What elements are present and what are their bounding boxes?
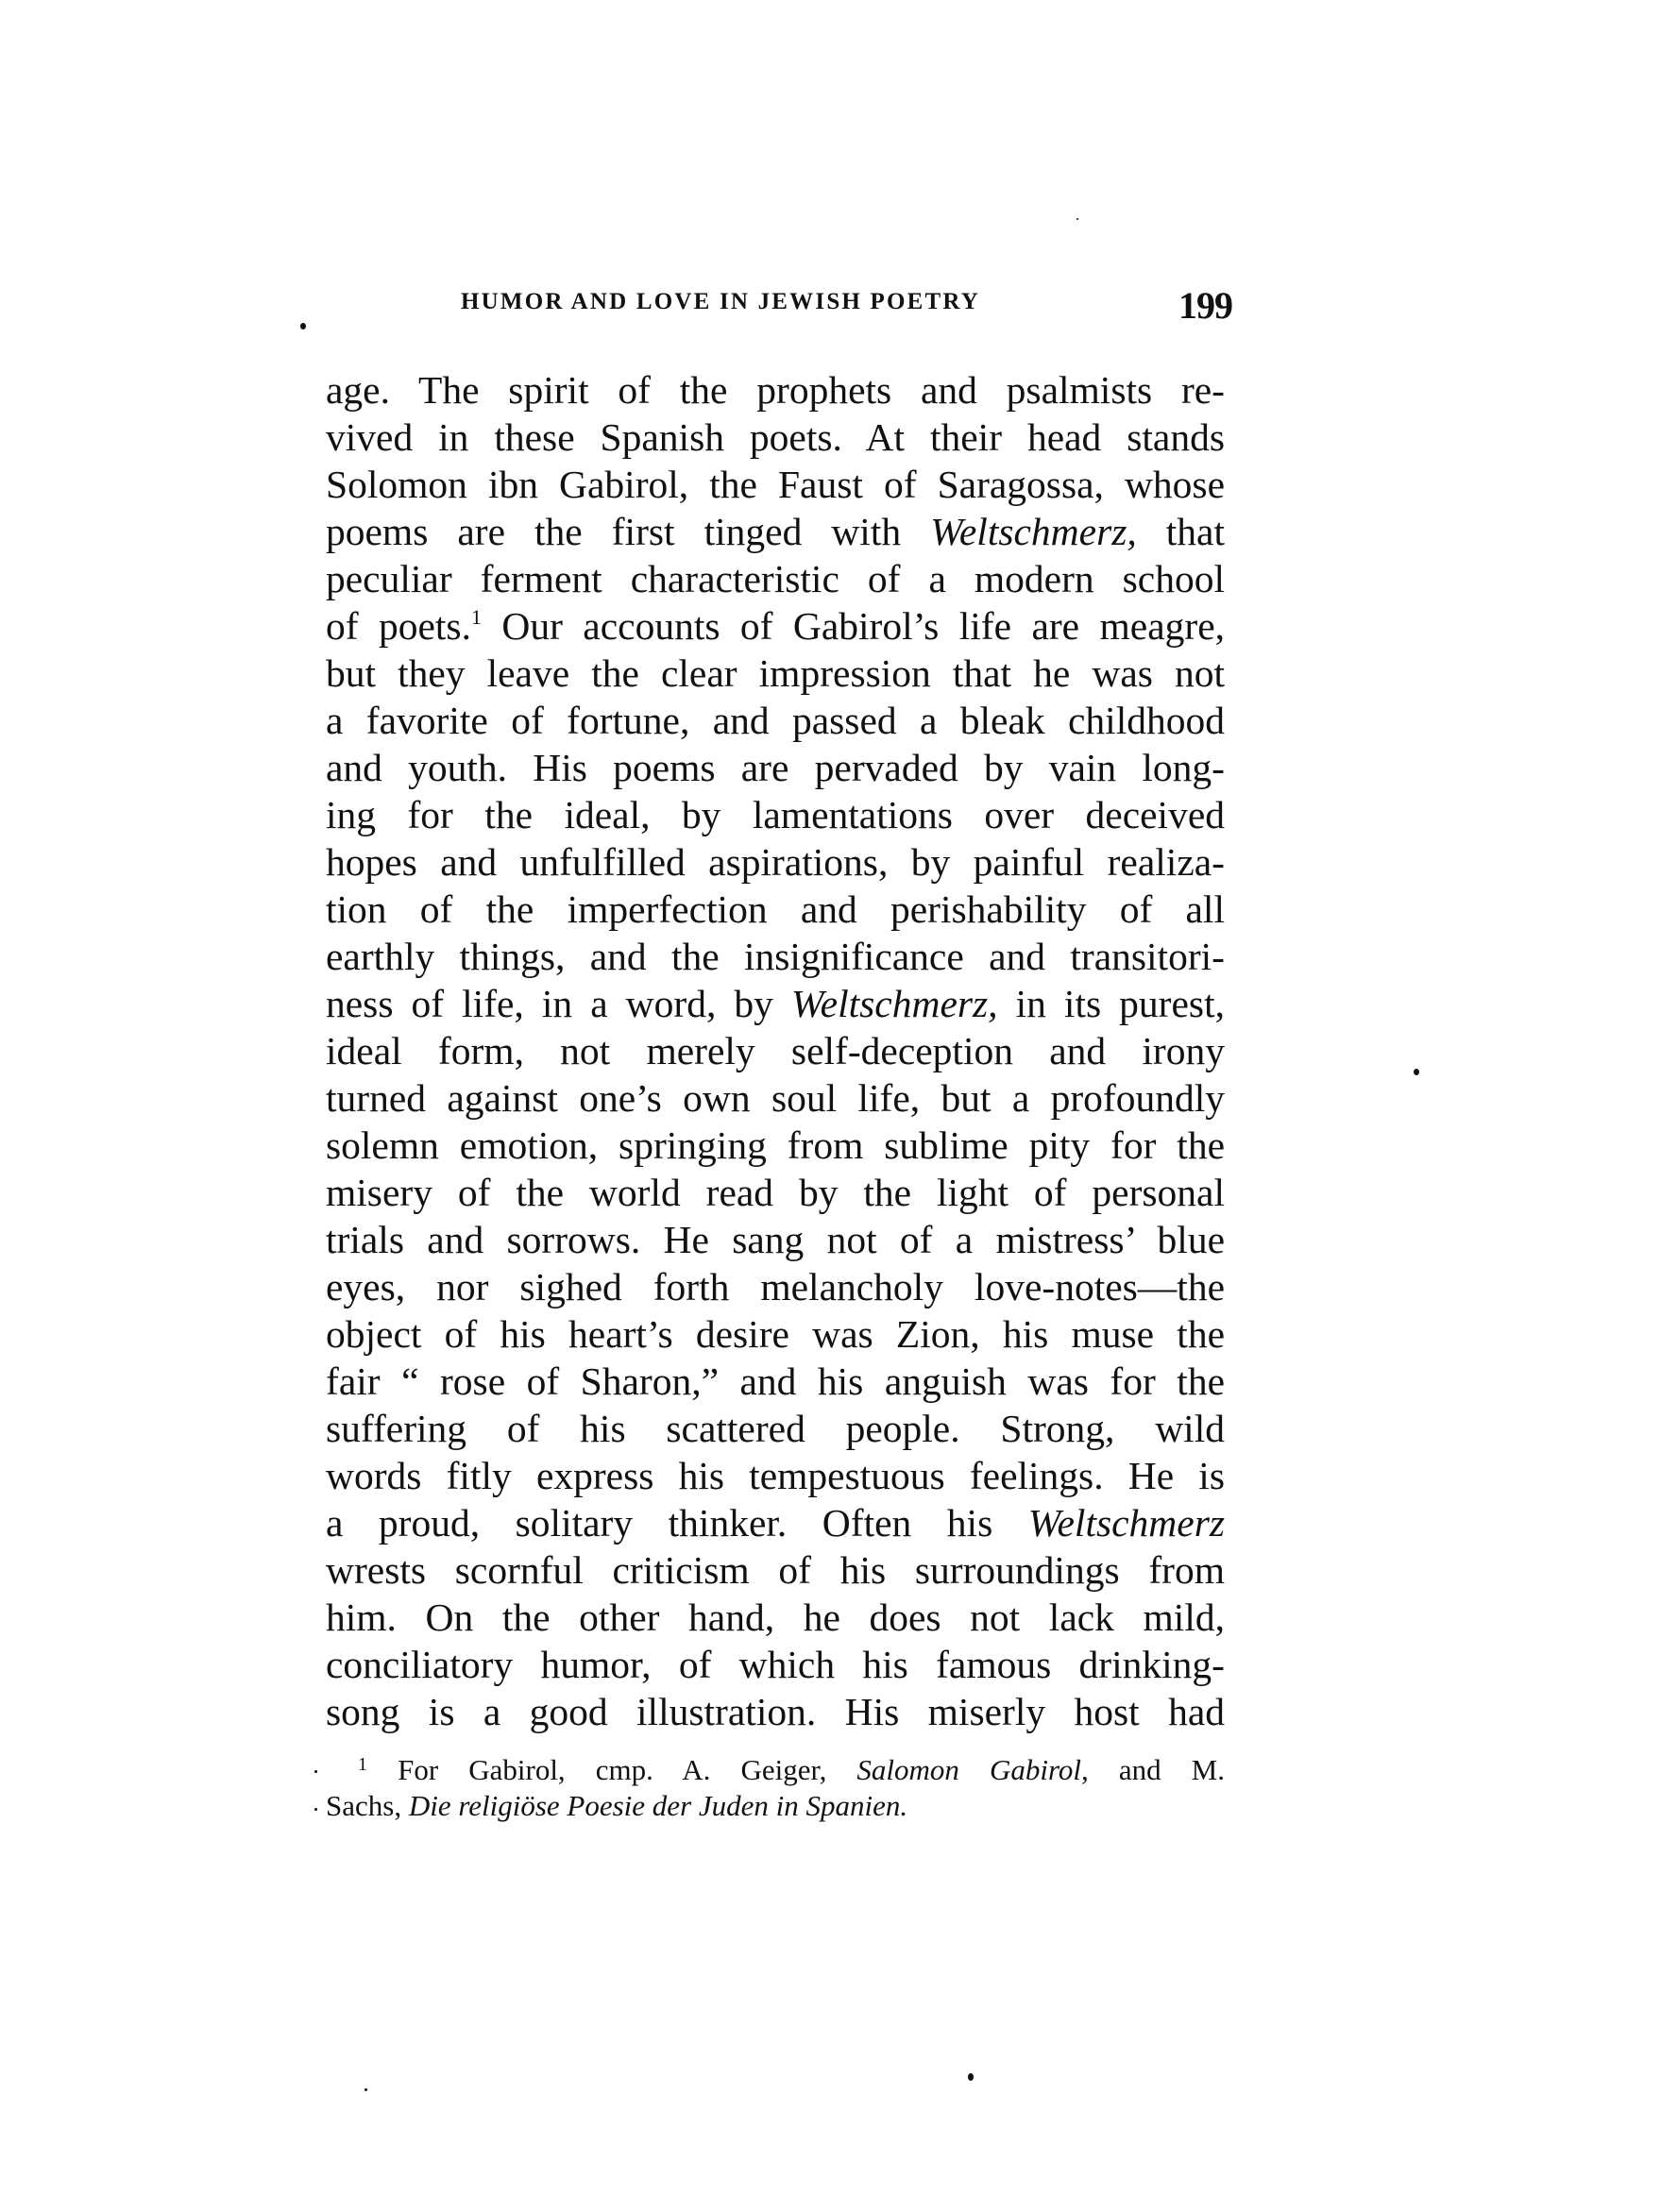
text-line: poems are the first tinged with Weltschm… <box>326 508 1225 555</box>
text-line: peculiar ferment characteristic of a mod… <box>326 555 1225 602</box>
scan-speck <box>300 323 306 329</box>
text-span: and M. <box>1089 1753 1225 1786</box>
text-line: a favorite of fortune, and passed a blea… <box>326 697 1225 744</box>
italic-term: Weltschmerz, <box>930 510 1137 553</box>
italic-term: Weltschmerz, <box>791 982 998 1025</box>
text-line: hopes and unfulfilled aspirations, by pa… <box>326 838 1225 886</box>
text-line: age. The spirit of the prophets and psal… <box>326 366 1225 414</box>
footnote-line: Sachs, Die religiöse Poesie der Juden in… <box>326 1788 1225 1824</box>
text-line: words fitly express his tempestuous feel… <box>326 1452 1225 1499</box>
text-span: of poets. <box>326 604 471 648</box>
scan-speck <box>314 1808 317 1811</box>
scan-speck <box>968 2073 974 2081</box>
text-span: Our accounts of Gabirol’s life are meagr… <box>482 604 1225 648</box>
text-line: Solomon ibn Gabirol, the Faust of Sarago… <box>326 461 1225 508</box>
text-span: poems are the first tinged with <box>326 510 930 553</box>
text-line: turned against one’s own soul life, but … <box>326 1074 1225 1122</box>
text-span: in its purest, <box>998 982 1225 1025</box>
footnote-line: 1 For Gabirol, cmp. A. Geiger, Salomon G… <box>326 1752 1225 1788</box>
text-line: ing for the ideal, by lamentations over … <box>326 791 1225 838</box>
text-line: and youth. His poems are pervaded by vai… <box>326 744 1225 791</box>
text-line: suffering of his scattered people. Stron… <box>326 1405 1225 1452</box>
body-text: age. The spirit of the prophets and psal… <box>326 366 1225 1735</box>
text-line: solemn emotion, springing from sublime p… <box>326 1122 1225 1169</box>
text-line: but they leave the clear impression that… <box>326 650 1225 697</box>
text-line: ness of life, in a word, by Weltschmerz,… <box>326 980 1225 1027</box>
text-line: trials and sorrows. He sang not of a mis… <box>326 1216 1225 1263</box>
text-line: of poets.1 Our accounts of Gabirol’s lif… <box>326 602 1225 650</box>
text-line: ideal form, not merely self-deception an… <box>326 1027 1225 1074</box>
running-head-title: HUMOR AND LOVE IN JEWISH POETRY <box>461 289 980 315</box>
footnotes: 1 For Gabirol, cmp. A. Geiger, Salomon G… <box>326 1752 1225 1824</box>
text-line: wrests scornful criticism of his surroun… <box>326 1546 1225 1594</box>
text-line: tion of the imperfection and perishabili… <box>326 886 1225 933</box>
italic-term: Weltschmerz <box>1028 1501 1225 1545</box>
italic-title: Salomon Gabirol, <box>856 1753 1088 1786</box>
text-line: conciliatory humor, of which his famous … <box>326 1641 1225 1688</box>
book-page: HUMOR AND LOVE IN JEWISH POETRY 199 age.… <box>0 0 1661 2212</box>
text-line: song is a good illustration. His miserly… <box>326 1688 1225 1735</box>
text-line: object of his heart’s desire was Zion, h… <box>326 1310 1225 1358</box>
text-span: ness of life, in a word, by <box>326 982 791 1025</box>
text-span: a proud, solitary thinker. Often his <box>326 1501 1028 1545</box>
italic-title: Die religiöse Poesie der Juden in Spanie… <box>409 1789 907 1822</box>
page-number: 199 <box>1178 283 1232 328</box>
text-line: vived in these Spanish poets. At their h… <box>326 414 1225 461</box>
scan-speck <box>364 2088 367 2091</box>
scan-speck <box>1414 1069 1419 1075</box>
text-span: For Gabirol, cmp. A. Geiger, <box>398 1753 856 1786</box>
footnote-reference: 1 <box>471 605 482 629</box>
text-line: eyes, nor sighed forth melancholy love-n… <box>326 1263 1225 1310</box>
text-span: that <box>1137 510 1225 553</box>
text-line: a proud, solitary thinker. Often his Wel… <box>326 1499 1225 1546</box>
scan-speck <box>314 1770 317 1773</box>
footnote-mark: 1 <box>358 1754 367 1775</box>
scan-speck <box>1076 218 1078 220</box>
text-span: Sachs, <box>326 1789 409 1822</box>
text-line: earthly things, and the insignificance a… <box>326 933 1225 980</box>
running-head: HUMOR AND LOVE IN JEWISH POETRY 199 <box>326 283 1232 325</box>
text-line: him. On the other hand, he does not lack… <box>326 1594 1225 1641</box>
text-line: fair “ rose of Sharon,” and his anguish … <box>326 1358 1225 1405</box>
text-line: misery of the world read by the light of… <box>326 1169 1225 1216</box>
